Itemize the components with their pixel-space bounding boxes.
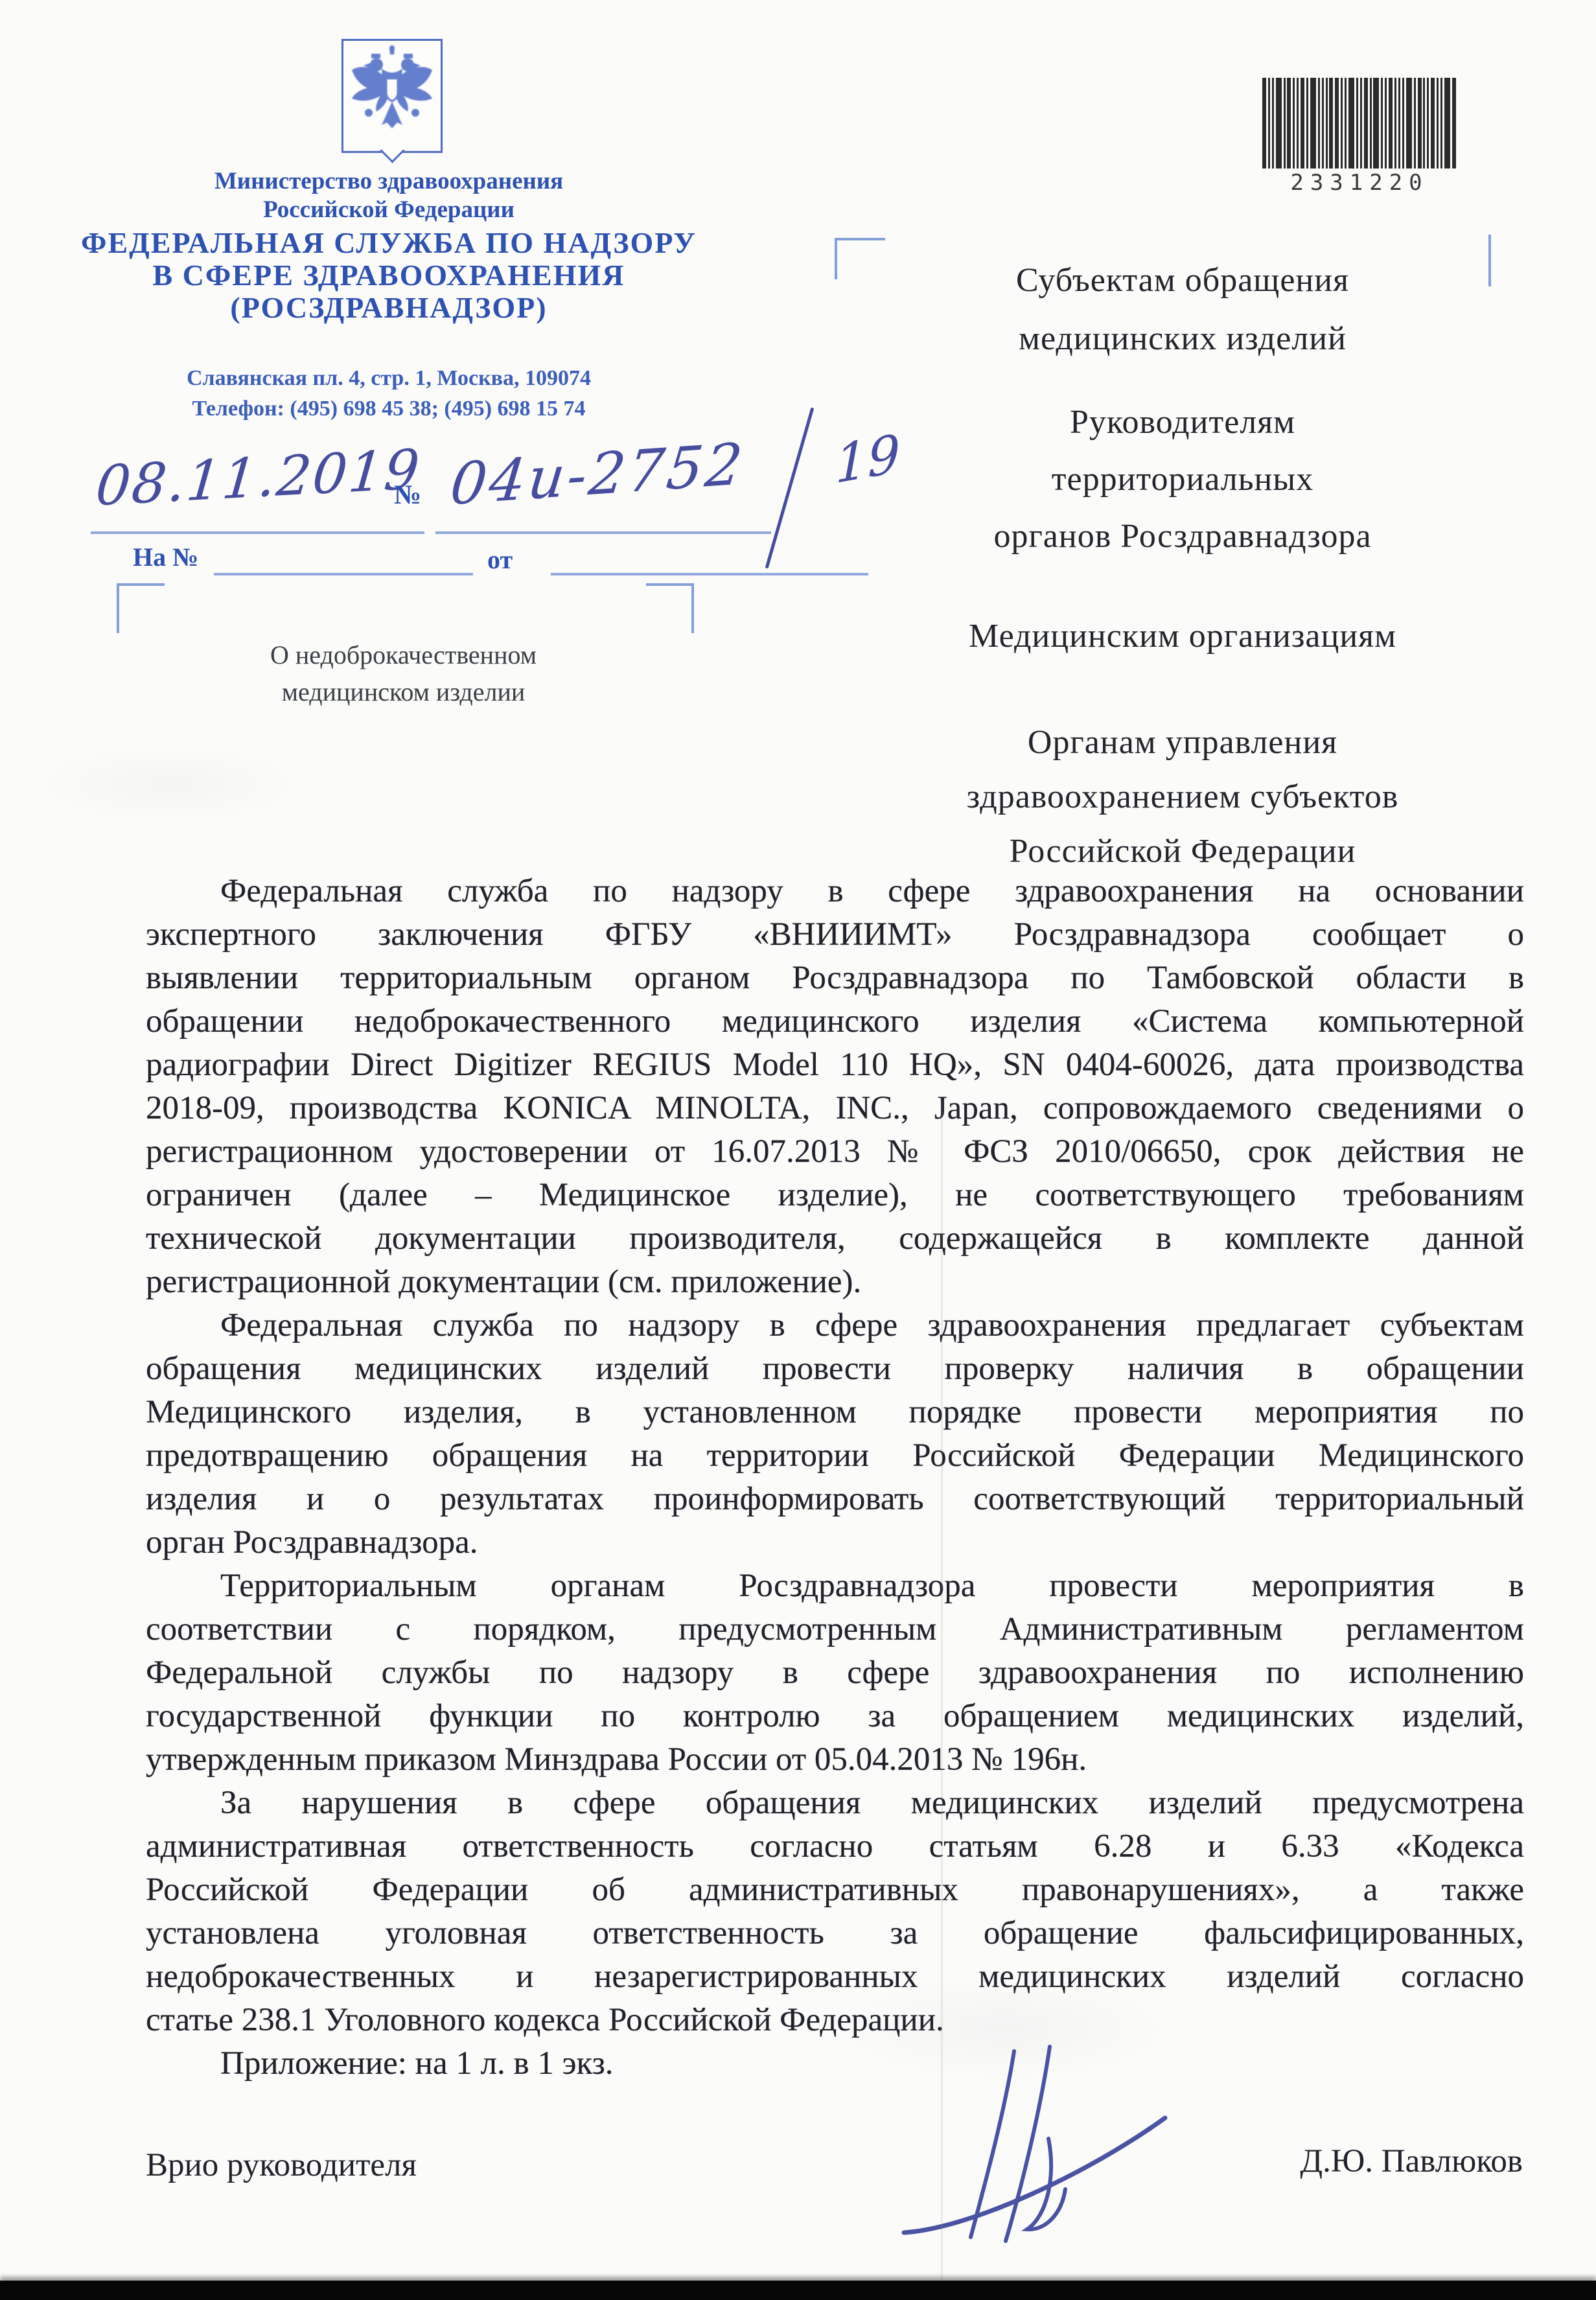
coat-of-arms-icon bbox=[341, 39, 443, 153]
barcode-bar bbox=[1452, 78, 1456, 168]
barcode-bar bbox=[1329, 78, 1333, 168]
text-line: технической документации производителя, … bbox=[146, 1217, 1524, 1260]
addressee-block-medical-orgs: Медицинским организациям bbox=[914, 608, 1451, 665]
subject-corner-mark-left bbox=[117, 583, 165, 633]
barcode-bar bbox=[1406, 78, 1412, 168]
text-line: Медицинского изделия, в установленном по… bbox=[146, 1391, 1524, 1434]
barcode-bar bbox=[1293, 78, 1295, 168]
text-line: ограничен (далее – Медицинское изделие),… bbox=[146, 1174, 1524, 1217]
signer-name: Д.Ю. Павлюков bbox=[1300, 2143, 1523, 2180]
number-sign-label: № bbox=[394, 480, 421, 511]
number-underline bbox=[435, 531, 771, 534]
letter-body: Федеральная служба по надзору в сфере зд… bbox=[146, 870, 1524, 2085]
barcode-bar bbox=[1418, 78, 1422, 168]
org-address: Славянская пл. 4, стр. 1, Москва, 109074 bbox=[97, 363, 680, 393]
barcode-bar bbox=[1394, 78, 1396, 168]
scan-smudge bbox=[842, 1977, 1166, 2080]
barcode bbox=[1262, 78, 1457, 168]
text-line: 2018-09, производства KONICA MINOLTA, IN… bbox=[146, 1087, 1524, 1130]
service-line-1: ФЕДЕРАЛЬНАЯ СЛУЖБА ПО НАДЗОРУ bbox=[65, 227, 713, 259]
text-line: Органам управления bbox=[914, 715, 1451, 770]
barcode-bar bbox=[1272, 78, 1274, 168]
ministry-name: Министерство здравоохранения Российской … bbox=[130, 167, 648, 224]
reply-from-label: от bbox=[487, 544, 513, 575]
reply-number-underline bbox=[214, 573, 473, 575]
barcode-bar bbox=[1389, 78, 1393, 168]
text-line: изделия и о результатах проинформировать… bbox=[146, 1478, 1524, 1521]
doc-number-handwritten: 04и-2752 bbox=[447, 430, 748, 518]
signer-position: Врио руководителя bbox=[146, 2146, 417, 2184]
scan-bottom-bar bbox=[0, 2281, 1596, 2300]
body-paragraph-2: Федеральная служба по надзору в сфере зд… bbox=[146, 1304, 1524, 1564]
scan-smudge bbox=[39, 745, 298, 823]
text-line: недоброкачественных и незарегистрированн… bbox=[146, 1955, 1524, 1999]
barcode-bar bbox=[1402, 78, 1404, 168]
barcode-bar bbox=[1262, 78, 1266, 168]
text-line: обращении недоброкачественного медицинск… bbox=[146, 1000, 1524, 1043]
text-line: Федеральная служба по надзору в сфере зд… bbox=[146, 870, 1524, 913]
barcode-bar bbox=[1322, 78, 1324, 168]
text-line: выявлении территориальным органом Росздр… bbox=[146, 957, 1524, 1000]
text-line: За нарушения в сфере обращения медицинск… bbox=[146, 1782, 1524, 1825]
barcode-bar bbox=[1364, 78, 1368, 168]
body-paragraph-4: За нарушения в сфере обращения медицинск… bbox=[146, 1782, 1524, 2042]
subject-corner-mark-right bbox=[646, 583, 694, 633]
ministry-line-1: Министерство здравоохранения bbox=[130, 167, 648, 196]
barcode-bar bbox=[1427, 78, 1429, 168]
scan-crease-line bbox=[941, 1102, 943, 2281]
text-line: Субъектам обращения bbox=[914, 251, 1451, 310]
text-line: утвержденным приказом Минздрава России о… bbox=[146, 1738, 1524, 1782]
subject-line-2: медицинском изделии bbox=[194, 673, 612, 710]
reply-date-underline bbox=[551, 573, 868, 575]
barcode-bar bbox=[1437, 78, 1439, 168]
barcode-bar bbox=[1414, 78, 1416, 168]
reply-number-label: На № bbox=[133, 542, 198, 572]
doc-number-year-handwritten: 19 bbox=[835, 423, 900, 495]
attachment-note: Приложение: на 1 л. в 1 экз. bbox=[146, 2042, 1524, 2085]
barcode-bar bbox=[1440, 78, 1442, 168]
service-line-3: (РОСЗДРАВНАДЗОР) bbox=[65, 292, 713, 324]
body-paragraph-3: Территориальным органам Росздравнадзора … bbox=[146, 1564, 1524, 1782]
text-line: орган Росздравнадзора. bbox=[146, 1521, 1524, 1564]
barcode-bar bbox=[1370, 78, 1372, 168]
text-line: Медицинским организациям bbox=[914, 608, 1451, 665]
barcode-bar bbox=[1335, 78, 1339, 168]
text-line: регистрационном удостоверении от 16.07.2… bbox=[146, 1130, 1524, 1174]
text-line: Руководителям bbox=[914, 394, 1451, 451]
service-name: ФЕДЕРАЛЬНАЯ СЛУЖБА ПО НАДЗОРУ В СФЕРЕ ЗД… bbox=[65, 227, 713, 324]
subject-line-1: О недоброкачественном bbox=[194, 636, 612, 673]
service-line-2: В СФЕРЕ ЗДРАВООХРАНЕНИЯ bbox=[65, 259, 713, 292]
text-line: органов Росздравнадзора bbox=[914, 508, 1451, 565]
addressee-corner-mark-right bbox=[1488, 235, 1491, 286]
doc-date-handwritten: 08.11.2019 bbox=[93, 437, 423, 518]
text-line: здравоохранением субъектов bbox=[914, 770, 1451, 824]
text-line: административная ответственность согласн… bbox=[146, 1825, 1524, 1868]
addressee-block-territorial-heads: Руководителямтерриториальныхорганов Росз… bbox=[914, 394, 1451, 565]
text-line: предотвращению обращения на территории Р… bbox=[146, 1434, 1524, 1478]
barcode-bar bbox=[1360, 78, 1362, 168]
document-page: Министерство здравоохранения Российской … bbox=[0, 0, 1596, 2300]
text-line: установлена уголовная ответственность за… bbox=[146, 1912, 1524, 1955]
text-line: Федеральная служба по надзору в сфере зд… bbox=[146, 1304, 1524, 1347]
doc-number-slash-stroke bbox=[765, 407, 815, 568]
text-line: радиографии Direct Digitizer REGIUS Mode… bbox=[146, 1043, 1524, 1087]
barcode-bar bbox=[1381, 78, 1383, 168]
barcode-bar bbox=[1268, 78, 1270, 168]
barcode-bar bbox=[1301, 78, 1304, 168]
barcode-bar bbox=[1423, 78, 1425, 168]
text-line: территориальных bbox=[914, 451, 1451, 508]
text-line: регистрационной документации (см. прилож… bbox=[146, 1260, 1524, 1304]
barcode-bar bbox=[1318, 78, 1320, 168]
barcode-bar bbox=[1276, 78, 1282, 168]
barcode-bar bbox=[1345, 78, 1347, 168]
barcode-bar bbox=[1385, 78, 1387, 168]
text-line: обращения медицинских изделий провести п… bbox=[146, 1347, 1524, 1391]
barcode-bar bbox=[1341, 78, 1343, 168]
text-line: Федеральной службы по надзору в сфере зд… bbox=[146, 1651, 1524, 1695]
text-line: государственной функции по контролю за о… bbox=[146, 1695, 1524, 1738]
barcode-bar bbox=[1348, 78, 1354, 168]
text-line: экспертного заключения ФГБУ «ВНИИИМТ» Ро… bbox=[146, 913, 1524, 957]
addressee-block-health-authorities: Органам управленияздравоохранением субъе… bbox=[914, 715, 1451, 879]
double-eagle-icon bbox=[347, 45, 437, 142]
subject-line: О недоброкачественном медицинском издели… bbox=[194, 636, 612, 710]
text-line: Российской Федерации об административных… bbox=[146, 1868, 1524, 1912]
barcode-bar bbox=[1326, 78, 1328, 168]
barcode-bar bbox=[1356, 78, 1358, 168]
ministry-line-2: Российской Федерации bbox=[130, 196, 648, 224]
barcode-bar bbox=[1398, 78, 1400, 168]
org-contact: Славянская пл. 4, стр. 1, Москва, 109074… bbox=[97, 363, 680, 424]
barcode-bar bbox=[1310, 78, 1316, 168]
text-line: медицинских изделий bbox=[914, 310, 1451, 368]
text-line: соответствии с порядком, предусмотренным… bbox=[146, 1608, 1524, 1651]
barcode-bar bbox=[1373, 78, 1379, 168]
barcode-bar bbox=[1444, 78, 1450, 168]
barcode-bar bbox=[1306, 78, 1308, 168]
text-line: Территориальным органам Росздравнадзора … bbox=[146, 1564, 1524, 1608]
text-line: статье 238.1 Уголовного кодекса Российск… bbox=[146, 1999, 1524, 2042]
barcode-bar bbox=[1287, 78, 1291, 168]
barcode-bar bbox=[1431, 78, 1435, 168]
org-phone: Телефон: (495) 698 45 38; (495) 698 15 7… bbox=[97, 393, 680, 424]
barcode-number: 2331220 bbox=[1262, 170, 1457, 196]
barcode-bar bbox=[1284, 78, 1286, 168]
date-underline bbox=[91, 531, 424, 534]
body-paragraph-1: Федеральная служба по надзору в сфере зд… bbox=[146, 870, 1524, 1304]
addressee-block-subjects: Субъектам обращениямедицинских изделий bbox=[914, 251, 1451, 368]
addressee-corner-mark-left bbox=[835, 238, 885, 279]
barcode-bar bbox=[1297, 78, 1299, 168]
